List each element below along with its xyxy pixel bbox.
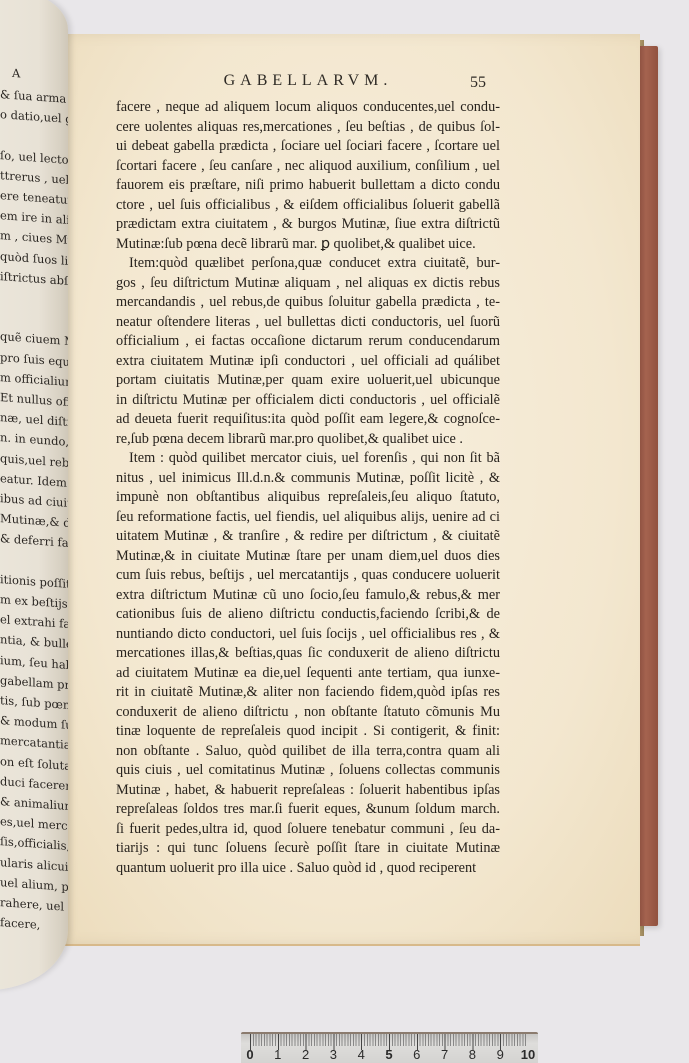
text-line: officialium , ei factas occaſione dictar… (116, 332, 500, 352)
ruler-label: 9 (497, 1047, 504, 1062)
text-line: quantum uoluerit pro illa uice . Saluo q… (116, 859, 500, 879)
page-number: 55 (470, 74, 486, 92)
ruler-label: 1 (274, 1047, 281, 1062)
text-line: nuntiando dicto conductori, uel ſuis ſoc… (116, 625, 500, 645)
text-line: Mutinæ,& in ciuitate Mutinæ ſtare per un… (116, 547, 500, 567)
ruler-label: 10 (521, 1047, 535, 1062)
text-line: repreſaleas ſoldos tres mar.ſi fuerit eq… (116, 800, 500, 820)
book-cover-edge (638, 46, 658, 926)
text-line: ſeu reformatione factis, uel fiendis, ue… (116, 508, 500, 528)
text-line: Mutinæ:ſub pœna decẽ librarũ mar. ꝑ quol… (116, 235, 500, 255)
ruler-label: 8 (469, 1047, 476, 1062)
text-line: mercationes illas,& beſtias,quas ſic con… (116, 644, 500, 664)
ruler-label: 5 (385, 1047, 392, 1062)
text-line: nitus , uel inimicus Ill.d.n.& communis … (116, 469, 500, 489)
left-text-line: & deferri facien (0, 528, 68, 555)
text-line: gos , ſeu diſtrictum Mutinæ aliquam , ne… (116, 274, 500, 294)
ruler-label: 7 (441, 1047, 448, 1062)
text-line: ctore , uel ſuis officialibus , & eiſdem… (116, 196, 500, 216)
ruler-label: 3 (330, 1047, 337, 1062)
text-line: quis ciuis , uel comitatinus Mutinæ , ſo… (116, 761, 500, 781)
left-page-header-fragment: A (12, 63, 20, 84)
text-line: Mutinæ , habet, & habuerit repreſaleas :… (116, 781, 500, 801)
ruler-label: 4 (358, 1047, 365, 1062)
left-page: A& ſua arma extio datio,uel gabellſo, ue… (0, 0, 68, 990)
left-page-text: A& ſua arma extio datio,uel gabellſo, ue… (0, 0, 68, 990)
measuring-scale: 012345678910 (241, 1032, 538, 1063)
left-text-line: iſtrictus abſque al (0, 266, 68, 293)
text-line: neatur oſtendere literas , uel bullettas… (116, 313, 500, 333)
left-text-line: o datio,uel gabell (0, 104, 68, 131)
running-head: GABELLARVM. (158, 72, 458, 90)
ruler-label: 0 (246, 1047, 253, 1062)
text-line: impunè non obſtantibus aliquibus repreſa… (116, 488, 500, 508)
text-line: Item:quòd quælibet perſona,quæ conducet … (116, 254, 500, 274)
text-line: re,ſub pœna decem librarũ mar.pro quolib… (116, 430, 500, 450)
ruler-labels: 012345678910 (241, 1047, 538, 1063)
text-line: cum ſuis rebus, beſtijs , uel mercatanti… (116, 566, 500, 586)
text-line: ad ciuitatem Mutinæ ea die,uel ſequenti … (116, 664, 500, 684)
text-line: prædictam extra ciuitatem , & burgos Mut… (116, 215, 500, 235)
text-line: cationibus ſuis de alieno diſtrictu cond… (116, 605, 500, 625)
text-line: mercandandis , uel rebus,de quibus ſolui… (116, 293, 500, 313)
text-line: portam ciuitatis Mutinæ,per quam exire u… (116, 371, 500, 391)
left-text-line: facere, (0, 912, 40, 935)
text-line: fauorem eis præſtare, niſi primo habueri… (116, 176, 500, 196)
ruler-label: 6 (413, 1047, 420, 1062)
text-line: in diſtrictu Mutinæ per officialem dicti… (116, 391, 500, 411)
text-line: tiarijs : qui tunc ſoluens ſecurè poſſit… (116, 839, 500, 859)
text-line: extra diſtrictum Mutinæ cũ uno ſocio,ſeu… (116, 586, 500, 606)
ruler-label: 2 (302, 1047, 309, 1062)
text-line: extra ciuitatem Mutinæ ipſi conductori ,… (116, 352, 500, 372)
text-line: conduxerit de alieno diſtrictu , non obſ… (116, 703, 500, 723)
text-line: ſcortari facere , ſeu canſare , nec aliq… (116, 157, 500, 177)
text-line: facere , neque ad aliquem locum aliquos … (116, 98, 500, 118)
text-line: ſi fuerit pedes,ultra id, quod ſoluere t… (116, 820, 500, 840)
text-line: ad deueta fuerit requiſitus:ita quòd poſ… (116, 410, 500, 430)
body-text: facere , neque ad aliquem locum aliquos … (116, 98, 500, 878)
text-line: ui debeat gabella prædicta , ſociare uel… (116, 137, 500, 157)
text-line: non obſtante . Saluo, quòd quilibet de i… (116, 742, 500, 762)
text-line: Item : quòd quilibet mercator ciuis, uel… (116, 449, 500, 469)
text-line: rit in ciuitatẽ Mutinæ,& aliter non faci… (116, 683, 500, 703)
text-line: uitatem Mutinæ , & tranſire , & redire p… (116, 527, 500, 547)
text-line: tinæ loquente de repreſaleis quod incipi… (116, 722, 500, 742)
text-line: cere uolentes aliquas res,mercationes , … (116, 118, 500, 138)
